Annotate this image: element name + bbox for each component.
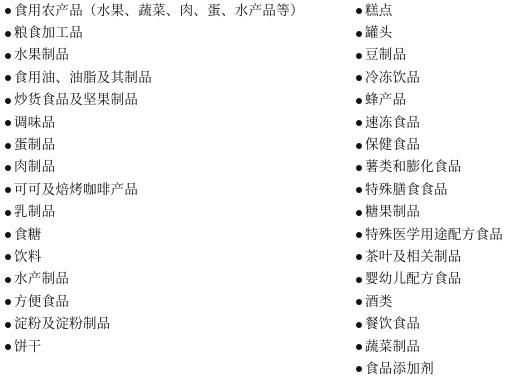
list-item: 冷冻饮品 [356,67,503,89]
list-item-label: 蛋制品 [14,136,55,155]
bullet-icon [5,277,11,283]
list-item: 豆制品 [356,45,503,67]
bullet-icon [356,344,362,350]
bullet-icon [356,120,362,126]
bullet-icon [5,344,11,350]
list-item-label: 食用农产品（水果、蔬菜、肉、蛋、水产品等） [14,2,304,21]
list-item: 肉制品 [5,157,304,179]
list-item: 薯类和膨化食品 [356,157,503,179]
list-item: 餐饮食品 [356,313,503,335]
list-item-label: 饼干 [14,338,42,357]
list-item: 特殊医学用途配方食品 [356,224,503,246]
list-item-label: 冷冻饮品 [365,69,420,88]
list-item: 可可及焙烤咖啡产品 [5,179,304,201]
list-item-label: 糖果制品 [365,203,420,222]
list-item-label: 糕点 [365,2,393,21]
list-item-label: 薯类和膨化食品 [365,158,462,177]
list-item-label: 淀粉及淀粉制品 [14,315,111,334]
bullet-icon [356,299,362,305]
list-item: 食用农产品（水果、蔬菜、肉、蛋、水产品等） [5,0,304,22]
bullet-icon [5,120,11,126]
bullet-icon [356,210,362,216]
list-item-label: 蜂产品 [365,91,406,110]
list-item: 食糖 [5,224,304,246]
list-item: 粮食加工品 [5,22,304,44]
list-item: 饮料 [5,246,304,268]
list-item: 糖果制品 [356,202,503,224]
bullet-icon [356,75,362,81]
list-item-label: 食品添加剂 [365,360,434,378]
bullet-icon [356,31,362,37]
list-item-label: 炒货食品及坚果制品 [14,91,138,110]
bullet-icon [5,299,11,305]
bullet-icon [356,277,362,283]
list-item: 茶叶及相关制品 [356,246,503,268]
list-item: 蔬菜制品 [356,336,503,358]
bullet-icon [356,53,362,59]
list-item-label: 餐饮食品 [365,315,420,334]
bullet-icon [5,232,11,238]
list-item-label: 特殊膳食食品 [365,181,448,200]
list-item: 乳制品 [5,202,304,224]
list-item-label: 乳制品 [14,203,55,222]
list-item: 特殊膳食食品 [356,179,503,201]
list-item-label: 蔬菜制品 [365,338,420,357]
list-item-label: 水产制品 [14,270,69,289]
bullet-icon [5,75,11,81]
list-item-label: 调味品 [14,114,55,133]
list-item: 糕点 [356,0,503,22]
bullet-icon [356,98,362,104]
list-item-label: 可可及焙烤咖啡产品 [14,181,138,200]
food-category-list-right: 糕点 罐头 豆制品 冷冻饮品 蜂产品 速冻食品 保健食品 薯类和膨化食品 特殊膳… [356,0,503,378]
list-item-label: 罐头 [365,24,393,43]
list-item: 食品添加剂 [356,358,503,378]
list-item-label: 方便食品 [14,293,69,312]
bullet-icon [5,187,11,193]
bullet-icon [5,98,11,104]
bullet-icon [356,232,362,238]
bullet-icon [356,187,362,193]
bullet-icon [356,8,362,14]
list-item: 食用油、油脂及其制品 [5,67,304,89]
bullet-icon [5,31,11,37]
list-item-label: 饮料 [14,248,42,267]
list-item-label: 豆制品 [365,46,406,65]
list-item: 婴幼儿配方食品 [356,269,503,291]
list-item-label: 食糖 [14,226,42,245]
list-item-label: 婴幼儿配方食品 [365,270,462,289]
bullet-icon [5,143,11,149]
list-item-label: 特殊医学用途配方食品 [365,226,503,245]
list-item-label: 食用油、油脂及其制品 [14,69,152,88]
list-item-label: 茶叶及相关制品 [365,248,462,267]
list-item: 酒类 [356,291,503,313]
bullet-icon [356,366,362,372]
list-item-label: 水果制品 [14,46,69,65]
list-item: 水果制品 [5,45,304,67]
list-item: 蛋制品 [5,134,304,156]
list-item: 罐头 [356,22,503,44]
bullet-icon [5,8,11,14]
bullet-icon [5,53,11,59]
bullet-icon [356,165,362,171]
list-item: 速冻食品 [356,112,503,134]
list-item-label: 粮食加工品 [14,24,83,43]
food-category-list-left: 食用农产品（水果、蔬菜、肉、蛋、水产品等） 粮食加工品 水果制品 食用油、油脂及… [5,0,304,358]
bullet-icon [356,143,362,149]
list-item: 饼干 [5,336,304,358]
bullet-icon [356,322,362,328]
list-item-label: 酒类 [365,293,393,312]
list-item: 方便食品 [5,291,304,313]
bullet-icon [5,165,11,171]
list-item: 水产制品 [5,269,304,291]
bullet-icon [356,254,362,260]
list-item: 炒货食品及坚果制品 [5,90,304,112]
list-item: 调味品 [5,112,304,134]
bullet-icon [5,322,11,328]
list-item: 蜂产品 [356,90,503,112]
list-item-label: 速冻食品 [365,114,420,133]
bullet-icon [5,254,11,260]
list-item-label: 保健食品 [365,136,420,155]
bullet-icon [5,210,11,216]
list-item: 保健食品 [356,134,503,156]
list-item-label: 肉制品 [14,158,55,177]
list-item: 淀粉及淀粉制品 [5,313,304,335]
